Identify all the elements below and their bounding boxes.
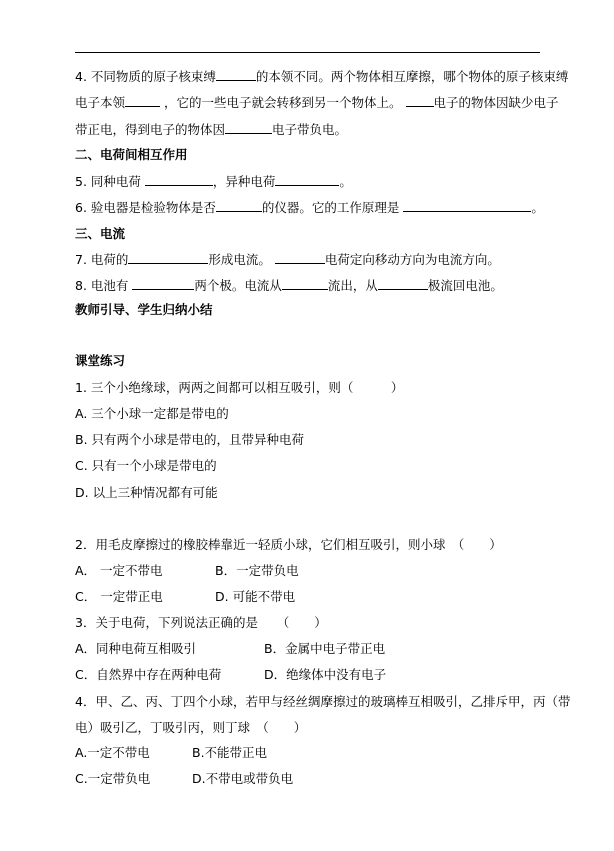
fill-q7: 7. 电荷的形成电流。 电荷定向移动方向为电流方向。 (75, 251, 500, 268)
text: 8. 电池有 (75, 278, 128, 293)
text: 7. 电荷的 (75, 252, 128, 267)
answer-blank[interactable] (128, 251, 208, 264)
answer-blank[interactable] (225, 121, 272, 134)
text: 的本领不同。两个物体相互摩擦，哪个物体的原子核束缚 (256, 69, 569, 84)
text: 5. 同种电荷 (75, 174, 141, 189)
section-heading-charge-interaction: 二、电荷间相互作用 (75, 147, 188, 163)
fill-q4-line1: 4. 不同物质的原子核束缚的本领不同。两个物体相互摩擦，哪个物体的原子核束缚 (75, 68, 568, 85)
text: 电子本领 (75, 95, 125, 110)
text: 。 (531, 200, 544, 215)
practice-q4-option-d[interactable]: D.不带电或带负电 (192, 771, 293, 787)
answer-blank[interactable] (216, 199, 262, 212)
text: 的仪器。它的工作原理是 (262, 200, 400, 215)
text: 电子的物体因缺少电子 (434, 95, 559, 110)
fill-q4-line3: 带正电，得到电子的物体因电子带负电。 (75, 121, 347, 138)
fill-q4-line2: 电子本领 ，它的一些电子就会转移到另一个物体上。 电子的物体因缺少电子 (75, 94, 559, 111)
text: 4. 不同物质的原子核束缚 (75, 69, 216, 84)
text: 两个极。电流从 (194, 278, 282, 293)
text: 带正电，得到电子的物体因 (75, 122, 225, 137)
answer-blank[interactable] (145, 173, 213, 186)
answer-blank[interactable] (275, 173, 339, 186)
practice-q4-option-b[interactable]: B.不能带正电 (192, 745, 267, 761)
fill-q5: 5. 同种电荷 ，异种电荷。 (75, 173, 352, 190)
practice-q3-option-b[interactable]: B．金属中电子带正电 (264, 641, 385, 657)
practice-q4-option-c[interactable]: C.一定带负电 (75, 771, 150, 787)
answer-blank[interactable] (403, 199, 531, 212)
practice-q1-option-b[interactable]: B. 只有两个小球是带电的，且带异种电荷 (75, 432, 304, 448)
practice-q4-option-a[interactable]: A.一定不带电 (75, 745, 150, 761)
text: 极流回电池。 (428, 278, 503, 293)
practice-q2-option-a[interactable]: A． 一定不带电 (75, 563, 163, 579)
text: 电荷定向移动方向为电流方向。 (325, 252, 500, 267)
answer-blank[interactable] (275, 251, 325, 264)
text: 电子带负电。 (272, 122, 347, 137)
header-rule (75, 52, 540, 53)
practice-q3-option-d[interactable]: D．绝缘体中没有电子 (264, 667, 386, 683)
practice-q3-option-a[interactable]: A．同种电荷互相吸引 (75, 641, 196, 657)
practice-q2-stem: 2．用毛皮摩擦过的橡胶棒靠近一轻质小球，它们相互吸引，则小球 （ ） (75, 537, 502, 553)
text: 。 (339, 174, 352, 189)
practice-q1-option-a[interactable]: A. 三个小球一定都是带电的 (75, 406, 229, 422)
practice-q2-option-c[interactable]: C． 一定带正电 (75, 589, 163, 605)
practice-q1-option-d[interactable]: D. 以上三种情况都有可能 (75, 485, 218, 501)
practice-q4-stem-line1: 4．甲、乙、丙、丁四个小球，若甲与经丝绸摩擦过的玻璃棒互相吸引，乙排斥甲，丙（带 (75, 694, 570, 710)
answer-blank[interactable] (378, 277, 428, 290)
practice-q2-option-b[interactable]: B．一定带负电 (215, 563, 299, 579)
text: 6. 验电器是检验物体是否 (75, 200, 216, 215)
answer-blank[interactable] (125, 94, 160, 107)
practice-q3-stem: 3．关于电荷，下列说法正确的是 （ ） (75, 615, 327, 631)
text: 形成电流。 (208, 252, 271, 267)
summary-heading: 教师引导、学生归纳小结 (75, 302, 213, 318)
answer-blank[interactable] (282, 277, 328, 290)
answer-blank[interactable] (406, 94, 434, 107)
practice-q4-stem-line2: 电）吸引乙，丁吸引丙，则丁球 （ ） (75, 720, 306, 736)
answer-blank[interactable] (132, 277, 194, 290)
practice-q1-option-c[interactable]: C. 只有一个小球是带电的 (75, 458, 217, 474)
text: 流出，从 (328, 278, 378, 293)
practice-q3-option-c[interactable]: C．自然界中存在两种电荷 (75, 667, 221, 683)
fill-q8: 8. 电池有 两个极。电流从流出，从极流回电池。 (75, 277, 503, 294)
practice-q1-stem: 1. 三个小绝缘球，两两之间都可以相互吸引，则（ ） (75, 380, 403, 396)
answer-blank[interactable] (216, 68, 256, 81)
practice-q2-option-d[interactable]: D. 可能不带电 (215, 589, 295, 605)
fill-q6: 6. 验电器是检验物体是否的仪器。它的工作原理是 。 (75, 199, 544, 216)
text: ，异种电荷 (213, 174, 276, 189)
section-heading-current: 三、电流 (75, 226, 125, 242)
practice-heading: 课堂练习 (75, 353, 125, 369)
text: ，它的一些电子就会转移到另一个物体上。 (164, 95, 402, 110)
